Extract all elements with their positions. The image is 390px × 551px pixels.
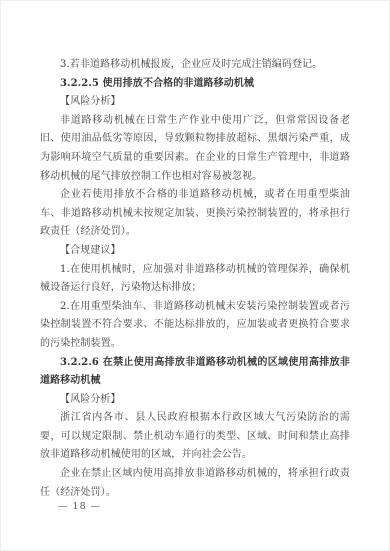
section-heading: 3.2.2.6 在禁止使用高排放非道路移动机械的区域使用高排放非道路移动机械 [40,354,350,391]
document-body: 3.若非道路移动机械报废，企业应及时完成注销编码登记。3.2.2.5 使用排放不… [40,0,350,502]
document-page: 3.若非道路移动机械报废，企业应及时完成注销编码登记。3.2.2.5 使用排放不… [0,0,390,551]
paragraph: 企业若使用排放不合格的非道路移动机械，或者在用重型柴油车、非道路移动机械未按规定… [40,186,350,242]
page-number: — 18 — [58,501,101,512]
page-footer: — 18 — [58,501,101,512]
section-label: 【合规建议】 [40,242,350,261]
paragraph: 1.在使用机械时，应加强对非道路移动机械的管理保养，确保机械设备运行良好，污染物… [40,261,350,298]
paragraph: 非道路移动机械在日常生产作业中使用广泛，但常常因设备老旧、使用油品低劣等原因，导… [40,112,350,186]
paragraph: 2.在用重型柴油车、非道路移动机械未安装污染控制装置或者污染控制装置不符合要求、… [40,298,350,354]
section-label: 【风险分析】 [40,93,350,112]
section-heading: 3.2.2.5 使用排放不合格的非道路移动机械 [40,75,350,94]
section-label: 【风险分析】 [40,391,350,410]
paragraph: 浙江省内各市、县人民政府根据本行政区域大气污染防治的需要，可以规定限制、禁止机动… [40,409,350,465]
paragraph: 企业在禁止区域内使用高排放非道路移动机械的，将承担行政责任（经济处罚）。 [40,465,350,502]
paragraph: 3.若非道路移动机械报废，企业应及时完成注销编码登记。 [40,56,350,75]
